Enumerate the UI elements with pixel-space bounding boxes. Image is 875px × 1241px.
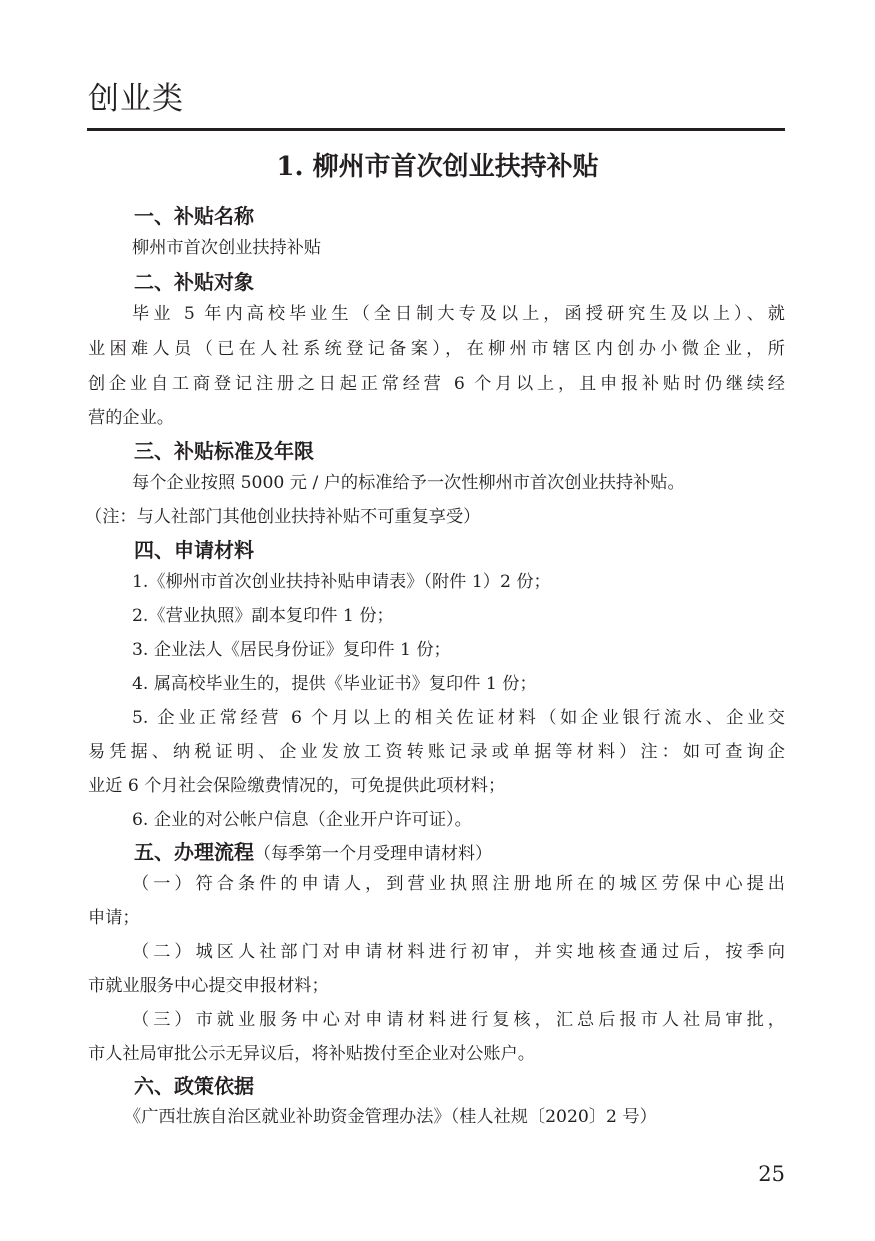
materials-item-5-line-1: 5. 企业正常经营 6 个月以上的相关佐证材料（如企业银行流水、企业交 — [132, 710, 785, 727]
section-heading-5-text: 五、办理流程 — [134, 840, 254, 864]
section-heading-5-note: （每季第一个月受理申请材料） — [254, 844, 492, 864]
page-number: 25 — [758, 1162, 785, 1186]
materials-item-5-line-2: 易凭据、纳税证明、企业发放工资转账记录或单据等材料）注：如可查询企 — [88, 744, 785, 761]
process-step-1-line-1: （一）符合条件的申请人，到营业执照注册地所在的城区劳保中心提出 — [132, 876, 785, 893]
process-step-3-line-1: （三）市就业服务中心对申请材料进行复核，汇总后报市人社局审批， — [132, 1012, 785, 1029]
materials-item-2: 2.《营业执照》副本复印件 1 份； — [132, 608, 394, 625]
section-2-line-4: 营的企业。 — [88, 410, 174, 427]
materials-item-6: 6. 企业的对公帐户信息（企业开户许可证）。 — [132, 812, 472, 829]
section-heading-1: 一、补贴名称 — [134, 206, 254, 226]
process-step-2-line-2: 市就业服务中心提交申报材料； — [88, 978, 329, 995]
section-3-line-2: （注：与人社部门其他创业扶持补贴不可重复享受） — [85, 509, 480, 526]
section-heading-6: 六、政策依据 — [134, 1076, 254, 1096]
page-title: 1. 柳州市首次创业扶持补贴 — [0, 154, 875, 180]
section-heading-4: 四、申请材料 — [134, 540, 254, 560]
section-heading-3: 三、补贴标准及年限 — [134, 441, 314, 461]
policy-basis-text: 《广西壮族自治区就业补助资金管理办法》（桂人社规〔2020〕2 号） — [124, 1109, 657, 1126]
materials-item-5-line-3: 业近 6 个月社会保险缴费情况的，可免提供此项材料； — [88, 778, 505, 795]
section-1-text: 柳州市首次创业扶持补贴 — [132, 240, 321, 257]
process-step-2-line-1: （二）城区人社部门对申请材料进行初审，并实地核查通过后，按季向 — [132, 944, 785, 961]
section-heading-5: 五、办理流程（每季第一个月受理申请材料） — [134, 842, 492, 863]
materials-item-4: 4. 属高校毕业生的，提供《毕业证书》复印件 1 份； — [132, 676, 537, 693]
category-label: 创业类 — [88, 84, 184, 115]
materials-item-1: 1.《柳州市首次创业扶持补贴申请表》（附件 1）2 份； — [132, 574, 551, 591]
process-step-3-line-2: 市人社局审批公示无异议后，将补贴拨付至企业对公账户。 — [88, 1046, 535, 1063]
section-heading-2: 二、补贴对象 — [134, 272, 254, 292]
section-3-line-1: 每个企业按照 5000 元 / 户的标准给予一次性柳州市首次创业扶持补贴。 — [132, 475, 685, 492]
section-2-line-3: 创企业自工商登记注册之日起正常经营 6 个月以上，且申报补贴时仍继续经 — [88, 376, 785, 393]
materials-item-3: 3. 企业法人《居民身份证》复印件 1 份； — [132, 642, 451, 659]
process-step-1-line-2: 申请； — [88, 910, 140, 927]
document-page: 创业类 1. 柳州市首次创业扶持补贴 一、补贴名称 柳州市首次创业扶持补贴 二、… — [0, 0, 875, 1241]
header-rule — [87, 128, 785, 131]
section-2-line-1: 毕业 5 年内高校毕业生（全日制大专及以上，函授研究生及以上）、就 — [132, 306, 785, 323]
section-2-line-2: 业困难人员（已在人社系统登记备案），在柳州市辖区内创办小微企业，所 — [88, 341, 785, 358]
